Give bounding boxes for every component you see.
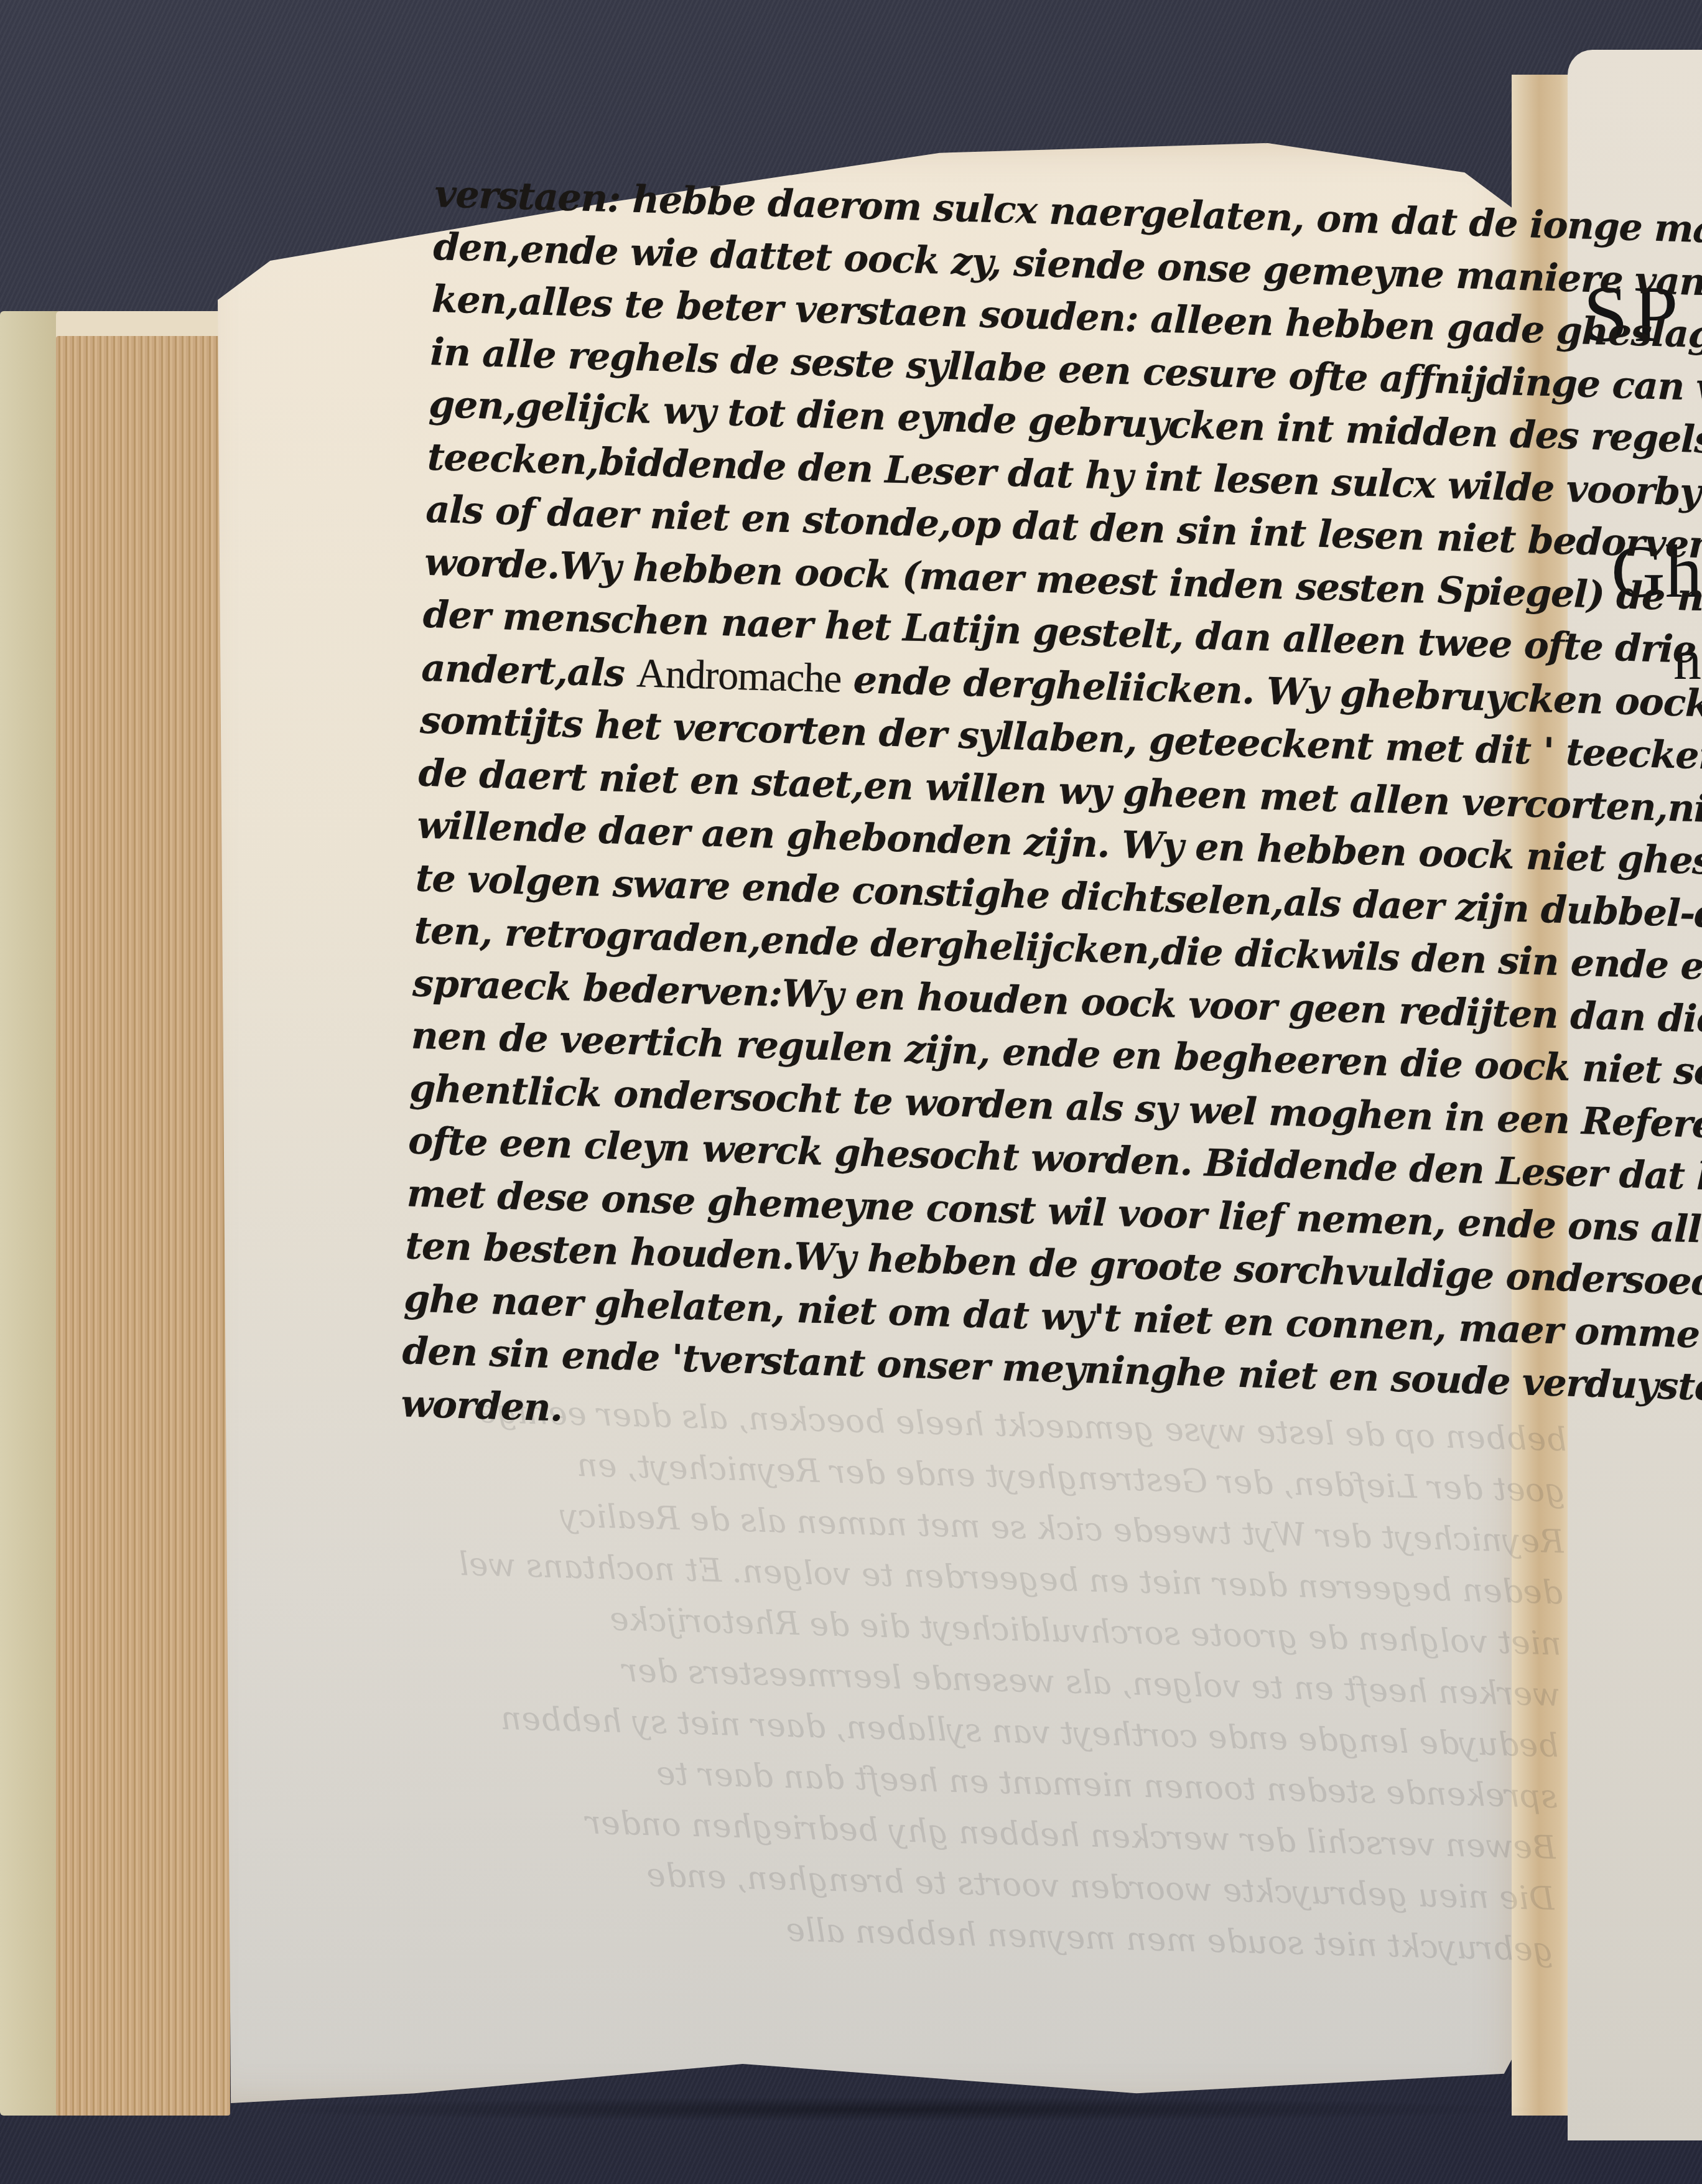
bleed-through-text: bebben op de leste wyse gemaeckt heele b… xyxy=(434,1385,1568,1976)
page-bottom-shadow xyxy=(236,2097,1543,2122)
page-edges xyxy=(56,336,230,2116)
roman-type-word: Andromache xyxy=(636,650,842,701)
left-page-text: verstaen: hebbe daerom sulcx naergelaten… xyxy=(400,168,1567,1462)
